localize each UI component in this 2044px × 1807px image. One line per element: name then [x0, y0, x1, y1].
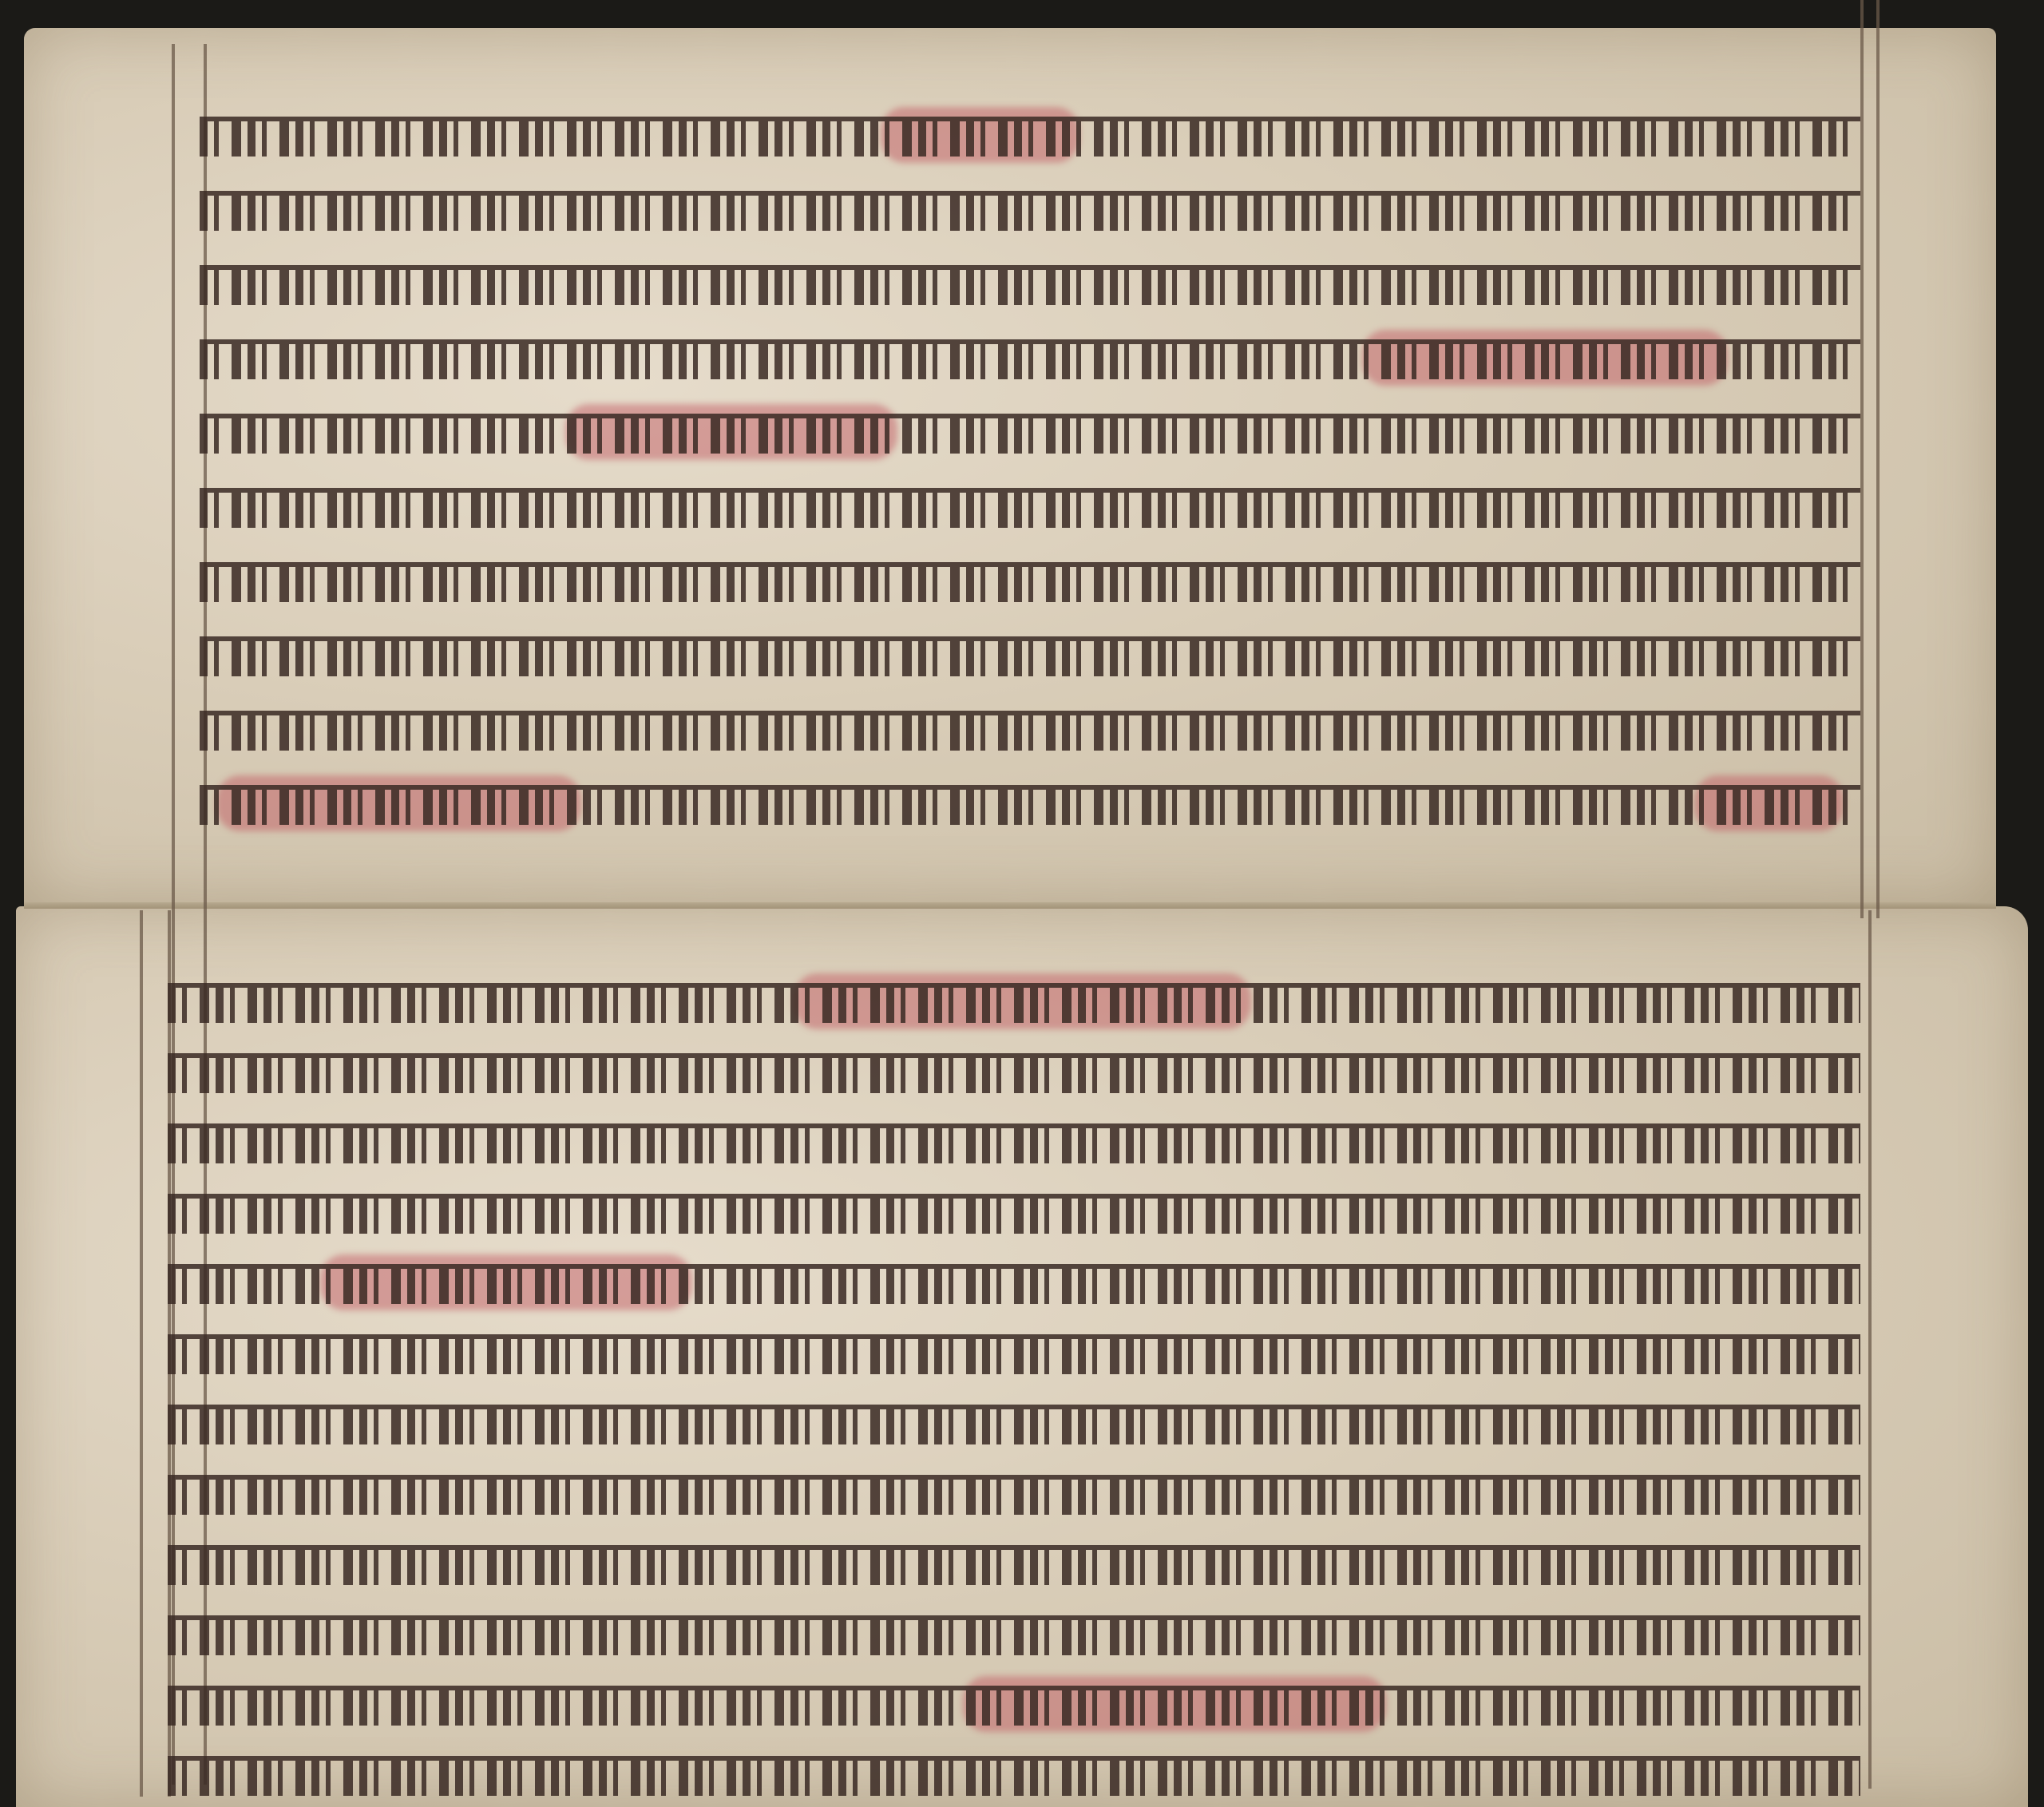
manuscript-text-line [168, 978, 1860, 1028]
manuscript-text-line [168, 1540, 1860, 1590]
ink-script [200, 339, 1860, 379]
ink-script [168, 1264, 1860, 1304]
manuscript-text-line [168, 1119, 1860, 1168]
manuscript-text-line [200, 632, 1860, 681]
ink-script [168, 1334, 1860, 1374]
manuscript-text-line [200, 483, 1860, 533]
ink-script [168, 1053, 1860, 1093]
manuscript-text-line [200, 260, 1860, 310]
manuscript-text-line [200, 780, 1860, 830]
manuscript-text-line [168, 1189, 1860, 1238]
manuscript-text-line [168, 1681, 1860, 1730]
ink-script [200, 636, 1860, 676]
manuscript-text-line [200, 112, 1860, 161]
manuscript-text-line [200, 409, 1860, 458]
ink-script [200, 191, 1860, 231]
ink-script [200, 488, 1860, 528]
script-description: historical Brahmic script (Newar/Ranjana… [0, 0, 1, 1]
ink-script [168, 1123, 1860, 1163]
ink-script [168, 1405, 1860, 1444]
manuscript-text-line [168, 1329, 1860, 1379]
ink-script [200, 711, 1860, 751]
manuscript-text-line [168, 1611, 1860, 1660]
ink-script [168, 1545, 1860, 1585]
manuscript-text-line [200, 706, 1860, 755]
ink-script [200, 785, 1860, 825]
ruling-line [1860, 0, 1864, 918]
ink-script [168, 1475, 1860, 1515]
manuscript-text-line [200, 186, 1860, 236]
ruling-line [1868, 910, 1872, 1789]
manuscript-text-line [200, 335, 1860, 384]
ink-script [200, 117, 1860, 157]
manuscript-text-line [168, 1048, 1860, 1098]
ink-script [168, 983, 1860, 1023]
ink-script [168, 1686, 1860, 1726]
ink-script [168, 1615, 1860, 1655]
manuscript-text-line [168, 1751, 1860, 1801]
ink-script [200, 562, 1860, 602]
ink-script [200, 414, 1860, 454]
ruling-line [172, 44, 175, 1785]
manuscript-text-line [200, 557, 1860, 607]
ink-script [200, 265, 1860, 305]
ruling-line [1876, 0, 1880, 918]
manuscript-text-line [168, 1400, 1860, 1449]
ink-script [168, 1194, 1860, 1234]
ink-script [168, 1756, 1860, 1796]
ruling-line [140, 910, 143, 1797]
manuscript-text-line [168, 1259, 1860, 1309]
folio-fold [24, 902, 1996, 909]
manuscript-text-line [168, 1470, 1860, 1520]
